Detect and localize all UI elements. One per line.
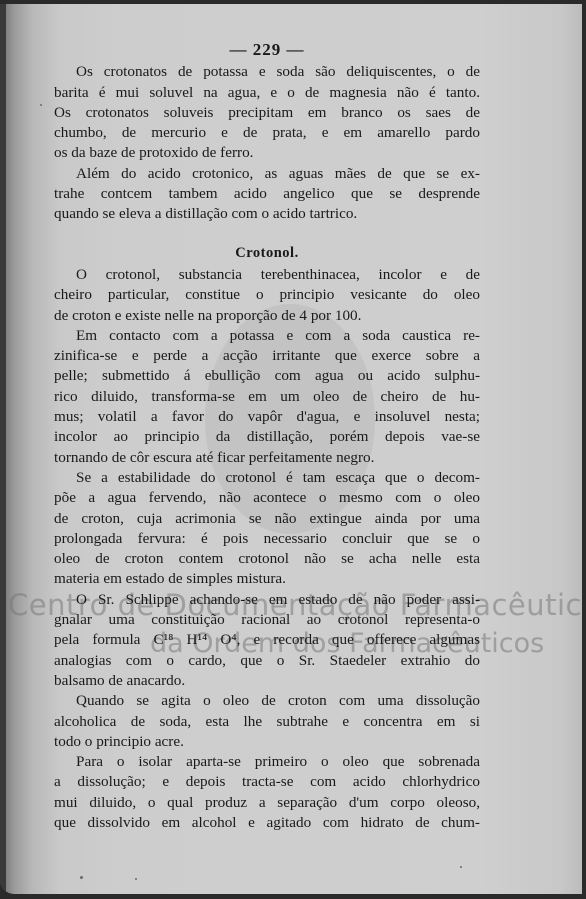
text-line: Além do acido crotonico, as aguas mães d… <box>54 164 480 184</box>
scanned-page-frame: Centro de Documentação Farmacêutica da O… <box>0 0 586 899</box>
text-line: de croton e existe nelle na proporção de… <box>54 306 480 326</box>
text-line: prolongada fervura: é pois necessario co… <box>54 529 480 549</box>
section-heading: Crotonol. <box>54 243 480 263</box>
paragraph: Os crotonatos de potassa e soda são deli… <box>54 62 480 163</box>
text-line: tornando de côr escura até ficar perfeit… <box>54 448 480 468</box>
text-line: quando se eleva a distillação com o acid… <box>54 204 480 224</box>
paragraph: Quando se agita o oleo de croton com uma… <box>54 691 480 752</box>
text-line: chumbo, de mercurio e de prata, e em ama… <box>54 123 480 143</box>
text-line: todo o principio acre. <box>54 732 480 752</box>
text-line: zinifica-se e perde a acção irritante qu… <box>54 346 480 366</box>
paragraph: O crotonol, substancia terebenthinacea, … <box>54 265 480 326</box>
text-line: incolor ao principio da distillação, por… <box>54 427 480 447</box>
text-line: os da baze de protoxido de ferro. <box>54 143 480 163</box>
text-line: põe a agua fervendo, não acontece o mesm… <box>54 488 480 508</box>
page-number: — 229 — <box>54 40 480 60</box>
text-line: Se a estabilidade do crotonol é tam esca… <box>54 468 480 488</box>
text-line: de croton, cuja acrimonia se não extingu… <box>54 509 480 529</box>
text-line: materia em estado de simples mistura. <box>54 569 480 589</box>
text-line: Os crotonatos de potassa e soda são deli… <box>54 62 480 82</box>
paper-speck <box>135 878 137 880</box>
text-line: rico diluido, transforma-se em um oleo d… <box>54 387 480 407</box>
text-line: mus; volatil a favor do vapôr d'agua, e … <box>54 407 480 427</box>
text-line: gnalar uma constituição racional ao crot… <box>54 610 480 630</box>
text-line: barita é mui soluvel na agua, e o de mag… <box>54 83 480 103</box>
paragraph: O Sr. Schlippe achando-se em estado de n… <box>54 590 480 691</box>
text-line: alcoholica de soda, esta lhe subtrahe e … <box>54 712 480 732</box>
text-line: balsamo de anacardo. <box>54 671 480 691</box>
text-line: trahe contcem tambem acido angelico que … <box>54 184 480 204</box>
text-line: pelle; submettido á ebullição com agua o… <box>54 366 480 386</box>
text-line: oleo de croton contem crotonol não se ac… <box>54 549 480 569</box>
text-line: O crotonol, substancia terebenthinacea, … <box>54 265 480 285</box>
paper-speck <box>40 104 42 106</box>
text-line: que dissolvido em alcohol e agitado com … <box>54 813 480 833</box>
text-line: mui diluido, o qual produz a separação d… <box>54 793 480 813</box>
paper-speck <box>460 866 462 868</box>
text-line: a dissolução; e depois tracta-se com aci… <box>54 772 480 792</box>
text-line: Para o isolar aparta-se primeiro o oleo … <box>54 752 480 772</box>
book-page: Centro de Documentação Farmacêutica da O… <box>0 4 582 894</box>
text-line: pela formula C¹⁸ H¹⁴ O⁴, e recorda que o… <box>54 630 480 650</box>
paragraph: Além do acido crotonico, as aguas mães d… <box>54 164 480 225</box>
text-line: Os crotonatos soluveis precipitam em bra… <box>54 103 480 123</box>
text-line: O Sr. Schlippe achando-se em estado de n… <box>54 590 480 610</box>
paragraph: Em contacto com a potassa e com a soda c… <box>54 326 480 468</box>
text-line: Em contacto com a potassa e com a soda c… <box>54 326 480 346</box>
text-line: cheiro particular, constitue o principio… <box>54 285 480 305</box>
page-text: — 229 — Os crotonatos de potassa e soda … <box>54 40 480 833</box>
text-line: analogias com o cardo, que o Sr. Staedel… <box>54 651 480 671</box>
paper-speck <box>80 876 83 879</box>
paragraph: Se a estabilidade do crotonol é tam esca… <box>54 468 480 590</box>
text-line: Quando se agita o oleo de croton com uma… <box>54 691 480 711</box>
paragraph: Para o isolar aparta-se primeiro o oleo … <box>54 752 480 833</box>
